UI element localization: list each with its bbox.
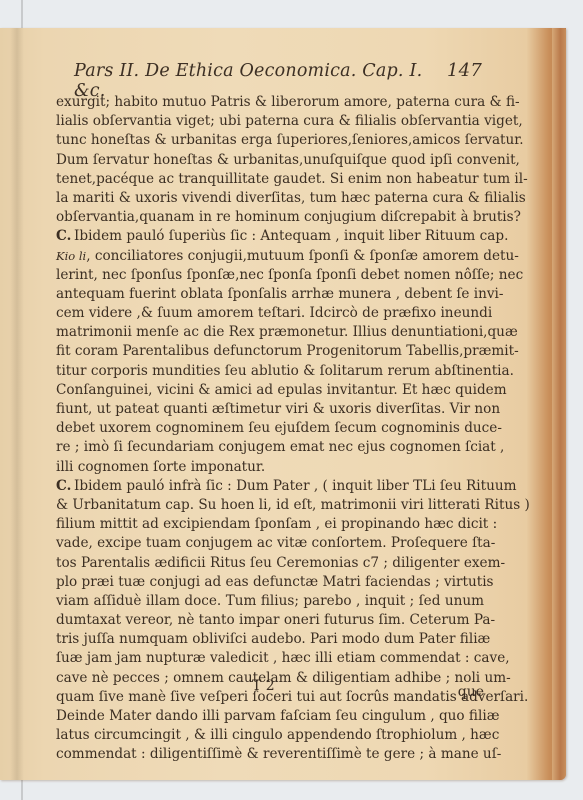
text-line: tos Parentalis ædificii Ritus ſeu Ceremo… [56, 554, 484, 573]
text-line: titur corporis mundities ſeu ablutio & ſ… [56, 362, 484, 381]
text-line: fit coram Parentalibus defunctorum Proge… [56, 342, 484, 361]
text-line: latus circumcingit , & illi cingulo appe… [56, 726, 484, 745]
text-line: Conſanguinei, vicini & amici ad epulas i… [56, 381, 484, 400]
italic-term: Kio li [56, 249, 86, 263]
text-line: tris juſſa numquam obliviſci audebo. Par… [56, 630, 484, 649]
text-line: tenet,pacéque ac tranquillitate gaudet. … [56, 170, 484, 189]
text-line: re ; imò ſi ſecundariam conjugem emat ne… [56, 438, 484, 457]
text-line: Dum ſervatur honeſtas & urbanitas,unuſqu… [56, 151, 484, 170]
text-line: cem videre ,& ſuum amorem teſtari. Idcir… [56, 304, 484, 323]
text-line: tunc honeſtas & urbanitas erga ſuperiore… [56, 131, 484, 150]
page-number: 147 [447, 60, 482, 81]
text-line: obſervantia,quanam in re hominum conjugi… [56, 208, 484, 227]
catchword: que [458, 684, 484, 700]
text-line: illi cognomen ſorte imponatur. [56, 458, 484, 477]
text-line: & Urbanitatum cap. Su hoen li, id eſt, m… [56, 496, 484, 515]
text-line: la mariti & uxoris vivendi diverſitas, t… [56, 189, 484, 208]
text-line: exurgit; habito mutuo Patris & liberorum… [56, 93, 484, 112]
text-line: lerint, nec ſponſus ſponſæ,nec ſponſa ſp… [56, 266, 484, 285]
text-line: ſuæ jam jam nupturæ valedicit , hæc illi… [56, 649, 484, 668]
text-line: Kio li, conciliatores conjugii,mutuum ſp… [56, 247, 484, 266]
text-line: matrimonii menſe ac die Rex præmonetur. … [56, 323, 484, 342]
text-line: antequam fuerint oblata ſponſalis arrhæ … [56, 285, 484, 304]
page-edge [552, 28, 566, 780]
text-line: debet uxorem cognominem ſeu ejuſdem ſecu… [56, 419, 484, 438]
text-line: filium mittit ad excipiendam ſponſam , e… [56, 515, 484, 534]
paragraph-marker: C. [56, 477, 74, 496]
signature-mark: T 2 [252, 678, 275, 694]
text-line: viam aſſiduè illam doce. Tum filius; par… [56, 592, 484, 611]
page-fold-shadow [10, 28, 24, 780]
text-line: plo præi tuæ conjugi ad eas defunctæ Mat… [56, 573, 484, 592]
text-line: commendat : diligentiſſimè & reverentiſſ… [56, 745, 484, 764]
text-line: lialis obſervantia viget; ubi paterna cu… [56, 112, 484, 131]
paragraph-marker: C. [56, 227, 74, 246]
text-line: Deinde Mater dando illi parvam faſciam ſ… [56, 707, 484, 726]
text-line: dumtaxat vereor, nè tanto impar oneri fu… [56, 611, 484, 630]
text-line: fiunt, ut pateat quanti æſtimetur viri &… [56, 400, 484, 419]
text-line: C.Ibidem pauló infrà ſic : Dum Pater , (… [56, 477, 484, 496]
page-footer: T 2 que [56, 678, 484, 698]
text-line: C.Ibidem pauló ſuperiùs ſic : Antequam ,… [56, 227, 484, 246]
body-text: exurgit; habito mutuo Patris & liberorum… [56, 93, 484, 765]
text-line: vade, excipe tuam conjugem ac vitæ conſo… [56, 534, 484, 553]
